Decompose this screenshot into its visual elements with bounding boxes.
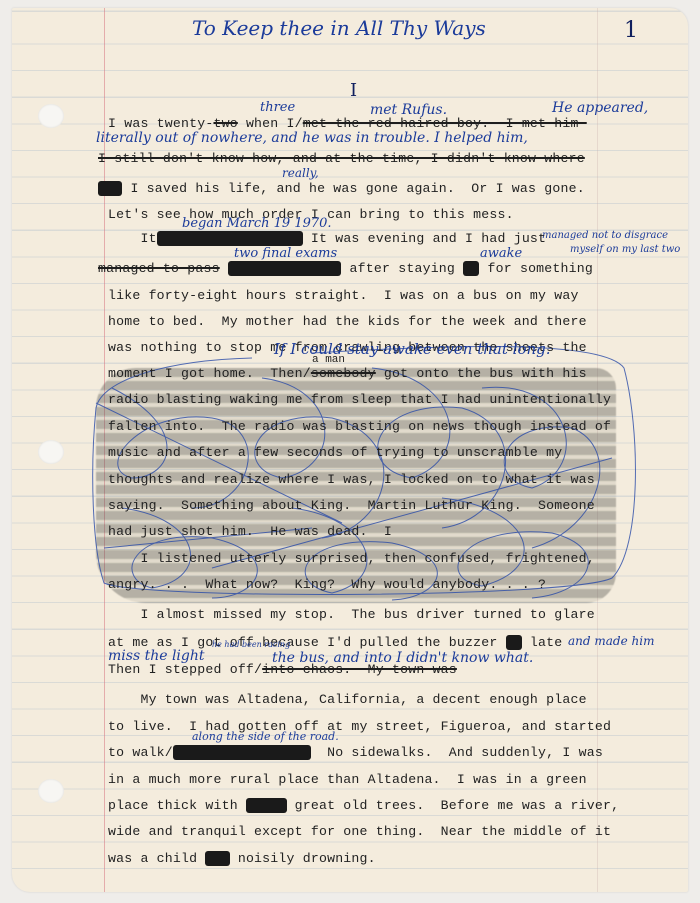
blacked-out-text: was [205, 851, 229, 866]
typed-text: for something [479, 261, 593, 276]
annotation-he-appeared: He appeared, [552, 100, 648, 116]
blacked-out-text: was April 12 1968. [157, 231, 303, 246]
typed-line-16: saying. Something about King. Martin Lut… [108, 498, 595, 513]
typed-line-8: like forty-eight hours straight. I was o… [108, 288, 579, 303]
typed-line-19: angry. . . What now? King? Why would any… [108, 577, 546, 592]
typed-text: when I/ [238, 116, 303, 131]
typed-line-1: I was twenty-two when I/met the red-hair… [108, 116, 587, 131]
annotation-he-had-been-racing: he had been racing [212, 640, 290, 649]
typed-line-25: to walk/through the dirt. No sidewalks. … [108, 745, 603, 760]
typed-text: noisily drowning. [230, 851, 376, 866]
annotation-awake: awake [480, 246, 522, 261]
typed-line-15: thoughts and realize where I was, I lock… [108, 472, 595, 487]
typed-text: was a child [108, 851, 205, 866]
typed-text: moment I got home. Then/ [108, 366, 311, 381]
typed-line-12: radio blasting waking me from sleep that… [108, 392, 611, 407]
typed-line-17: had just shot him. He was dead. I [108, 524, 392, 539]
typed-line-27: place thick with trees great old trees. … [108, 798, 619, 813]
typed-line-20: I almost missed my stop. The bus driver … [108, 607, 595, 622]
typed-line-23: My town was Altadena, California, a dece… [108, 692, 587, 707]
annotation-really: really, [282, 166, 319, 180]
typed-line-6: Itwas April 12 1968. It was evening and … [108, 231, 546, 246]
blacked-out-text: trees [246, 798, 287, 813]
typed-text: to walk/ [108, 745, 173, 760]
typed-text: Then I stepped off/ [108, 662, 262, 677]
typed-text: I saved his life, and he was gone again.… [122, 181, 585, 196]
typed-line-18: I listened utterly surprised, then confu… [108, 551, 595, 566]
typed-line-22: Then I stepped off/into chaos. My town w… [108, 662, 457, 677]
typed-text: It was evening and I had just [303, 231, 546, 246]
struck-text: somebody [311, 366, 376, 381]
annotation-three: three [260, 100, 295, 115]
blacked-out-text: up [463, 261, 479, 276]
struck-text: into chaos. My town was [262, 662, 457, 677]
typed-text: after staying [341, 261, 463, 276]
typed-text: I was twenty- [108, 116, 213, 131]
typed-line-9: home to bed. My mother had the kids for … [108, 314, 587, 329]
annotation-began-march-19-1970: began March 19 1970. [182, 216, 332, 231]
manuscript-page: To Keep thee in All Thy Ways 1 I three m… [12, 8, 688, 892]
typed-text: place thick with [108, 798, 246, 813]
typed-text: great old trees. Before me was a river, [287, 798, 620, 813]
annotation-literally-out-of-nowhere: literally out of nowhere, and he was in … [96, 130, 528, 146]
annotation-managed-not-to-disgrace: managed not to disgrace [542, 230, 668, 241]
typed-text: No sidewalks. And suddenly, I was [311, 745, 603, 760]
typed-line-24: to live. I had gotten off at my street, … [108, 719, 611, 734]
typed-text: late [522, 635, 563, 650]
annotation-and-made-him: and made him [568, 634, 654, 648]
typed-line-14: music and after a few seconds of trying … [108, 445, 562, 460]
typed-line-29: was a child was noisily drowning. [108, 851, 376, 866]
typed-line-26: in a much more rural place than Altadena… [108, 772, 587, 787]
typed-text: got onto the bus with his [376, 366, 587, 381]
struck-text: met the red-haired boy. I met him- [303, 116, 587, 131]
annotation-along-the-side-of-the-road: along the side of the road. [192, 730, 339, 743]
typed-line-4: and I saved his life, and he was gone ag… [98, 181, 585, 196]
typed-line-13: fallen into. The radio was blasting on n… [108, 419, 611, 434]
typed-line-28: wide and tranquil except for one thing. … [108, 824, 611, 839]
handwritten-title: To Keep thee in All Thy Ways [192, 16, 486, 40]
blacked-out-text: and [98, 181, 122, 196]
annotation-a-man: a man [312, 354, 345, 366]
typed-line-11: moment I got home. Then/somebody got ont… [108, 366, 587, 381]
blacked-out-text: through the dirt. [173, 745, 311, 760]
annotation-two-final-exams: two final exams [234, 246, 337, 261]
typed-text: It [108, 231, 157, 246]
typed-line-7: managed to pass three midterms after sta… [98, 261, 593, 276]
struck-text: two [213, 116, 237, 131]
annotation-myself-on-my-last-two: myself on my last two [570, 244, 680, 255]
struck-text: managed to pass [98, 261, 220, 276]
page-number: 1 [624, 18, 638, 43]
blacked-out-text: three midterms [228, 261, 342, 276]
blacked-out-text: so [506, 635, 522, 650]
typed-line-struck: I still don't know how, and at the time,… [98, 151, 585, 166]
chapter-number: I [350, 80, 357, 101]
